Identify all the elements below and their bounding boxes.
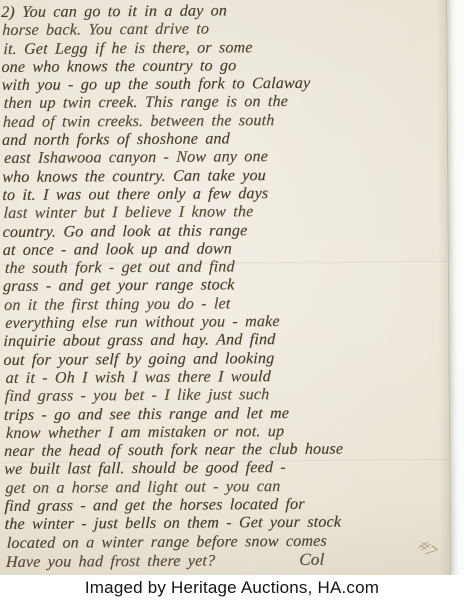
letter-scan: 2) You can go to it in a day onhorse bac… — [0, 0, 464, 600]
closing-question: Have you had frost there yet? — [6, 552, 216, 572]
handwritten-line: last winter but I believe I know the — [3, 202, 440, 223]
handwritten-lines: 2) You can go to it in a day onhorse bac… — [1, 1, 442, 553]
watermark-caption: Imaged by Heritage Auctions, HA.com — [85, 578, 379, 598]
handwritten-line: horse back. You cant drive to — [2, 19, 439, 40]
letter-page: 2) You can go to it in a day onhorse bac… — [0, 0, 450, 578]
watermark-bar: Imaged by Heritage Auctions, HA.com — [0, 575, 464, 600]
closing-line: Have you had frost there yet? Col — [6, 550, 443, 572]
handwritten-line: find grass - you bet - I like just such — [4, 385, 441, 406]
handwritten-text: 2) You can go to it in a day onhorse bac… — [1, 1, 442, 572]
signature: Col — [299, 551, 325, 569]
